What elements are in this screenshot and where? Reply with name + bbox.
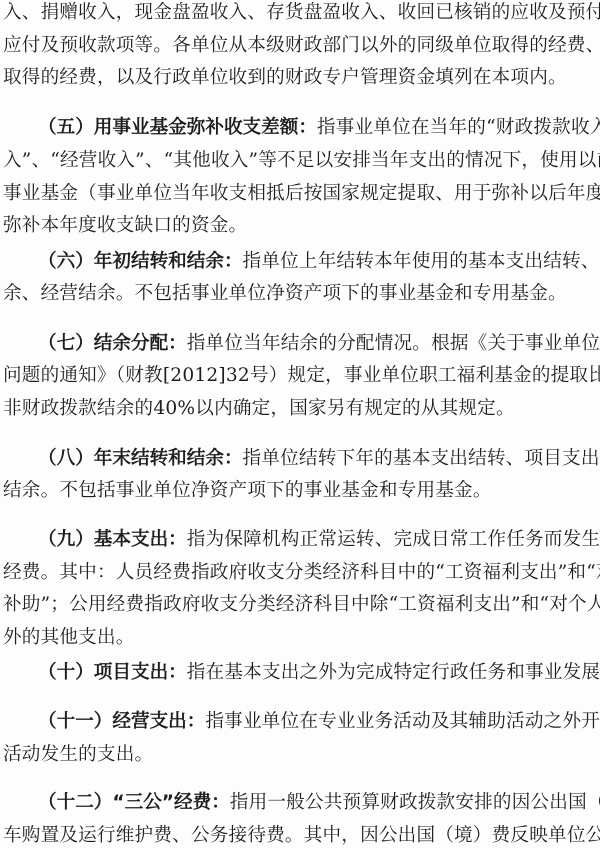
text-line: 弥补本年度收支缺口的资金。 bbox=[3, 214, 600, 238]
section-text: 指用一般公共预算财政拨款安排的因公出国（境）费、公务用 bbox=[230, 792, 600, 813]
section-heading: （十二）“三公”经费： bbox=[38, 792, 230, 813]
text-line: 车购置及运行维护费、公务接待费。其中，因公出国（境）费反映单位公务出国（境）的国 bbox=[3, 824, 600, 848]
section-text: 指事业单位在专业业务活动及其辅助活动之外开展非独立核算经营 bbox=[205, 711, 600, 732]
text-line: 入”、“经营收入”、“其他收入”等不足以安排当年支出的情况下，使用以前年度积累的 bbox=[3, 149, 600, 173]
text-line: 经费。其中：人员经费指政府收支分类经济科目中的“工资福利支出”和“对个人和家庭的 bbox=[3, 561, 600, 585]
text-line: 问题的通知》（财教[2012]32号）规定，事业单位职工福利基金的提取比例，在单… bbox=[3, 364, 600, 388]
text-line: 取得的经费，以及行政单位收到的财政专户管理资金填列在本项内。 bbox=[3, 66, 600, 90]
section-6-first-line: （六）年初结转和结余：指单位上年结转本年使用的基本支出结转、项目支出结转和结 bbox=[38, 250, 600, 274]
section-7-first-line: （七）结余分配：指单位当年结余的分配情况。根据《关于事业单位提取专用基金比例 bbox=[38, 332, 600, 356]
text-line: 外的其他支出。 bbox=[3, 626, 600, 650]
section-text: 指单位结转下年的基本支出结转、项目支出结转和结余、经营 bbox=[243, 448, 600, 469]
section-text: 指单位上年结转本年使用的基本支出结转、项目支出结转和结 bbox=[243, 251, 600, 272]
section-heading: （七）结余分配： bbox=[38, 333, 187, 354]
text-line: 补助”；公用经费指政府收支分类经济科目中除“工资福利支出”和“对个人和家庭的补助… bbox=[3, 593, 600, 617]
section-heading: （十一）经营支出： bbox=[38, 711, 205, 732]
text-line: 活动发生的支出。 bbox=[3, 743, 600, 767]
section-10-first-line: （十）项目支出：指在基本支出之外为完成特定行政任务和事业发展目标所发生的支出。 bbox=[38, 661, 600, 685]
text-line: 非财政拨款结余的40%以内确定，国家另有规定的从其规定。 bbox=[3, 397, 600, 421]
section-heading: （十）项目支出： bbox=[38, 662, 187, 683]
section-9-first-line: （九）基本支出：指为保障机构正常运转、完成日常工作任务而发生的人员经费和公用 bbox=[38, 528, 600, 552]
section-11-first-line: （十一）经营支出：指事业单位在专业业务活动及其辅助活动之外开展非独立核算经营 bbox=[38, 710, 600, 734]
text-line: 结余。不包括事业单位净资产项下的事业基金和专用基金。 bbox=[3, 479, 600, 503]
section-8-first-line: （八）年末结转和结余：指单位结转下年的基本支出结转、项目支出结转和结余、经营 bbox=[38, 447, 600, 471]
section-text: 指事业单位在当年的“财政拨款收入”、“事业收 bbox=[317, 117, 600, 138]
section-text: 指在基本支出之外为完成特定行政任务和事业发展目标所发生的支出。 bbox=[187, 662, 600, 683]
section-heading: （六）年初结转和结余： bbox=[38, 251, 243, 272]
text-line: 事业基金（事业单位当年收支相抵后按国家规定提取、用于弥补以后年度收支差额的基金 bbox=[3, 182, 600, 206]
document-page: 入、捐赠收入，现金盘盈收入、存货盘盈收入、收回已核销的应收及预付款项、无法偿付的… bbox=[0, 0, 600, 848]
section-text: 指为保障机构正常运转、完成日常工作任务而发生的人员经费和公用 bbox=[187, 529, 600, 550]
text-line: 入、捐赠收入，现金盘盈收入、存货盘盈收入、收回已核销的应收及预付款项、无法偿付的 bbox=[3, 1, 600, 25]
text-line: 应付及预收款项等。各单位从本级财政部门以外的同级单位取得的经费、从非本级财政部门 bbox=[3, 34, 600, 58]
section-5-first-line: （五）用事业基金弥补收支差额：指事业单位在当年的“财政拨款收入”、“事业收 bbox=[38, 116, 600, 140]
section-text: 指单位当年结余的分配情况。根据《关于事业单位提取专用基金比例 bbox=[187, 333, 600, 354]
section-12-first-line: （十二）“三公”经费：指用一般公共预算财政拨款安排的因公出国（境）费、公务用 bbox=[38, 791, 600, 815]
section-heading: （八）年末结转和结余： bbox=[38, 448, 243, 469]
text-line: 余、经营结余。不包括事业单位净资产项下的事业基金和专用基金。 bbox=[3, 282, 600, 306]
section-heading: （五）用事业基金弥补收支差额： bbox=[38, 117, 317, 138]
section-heading: （九）基本支出： bbox=[38, 529, 187, 550]
